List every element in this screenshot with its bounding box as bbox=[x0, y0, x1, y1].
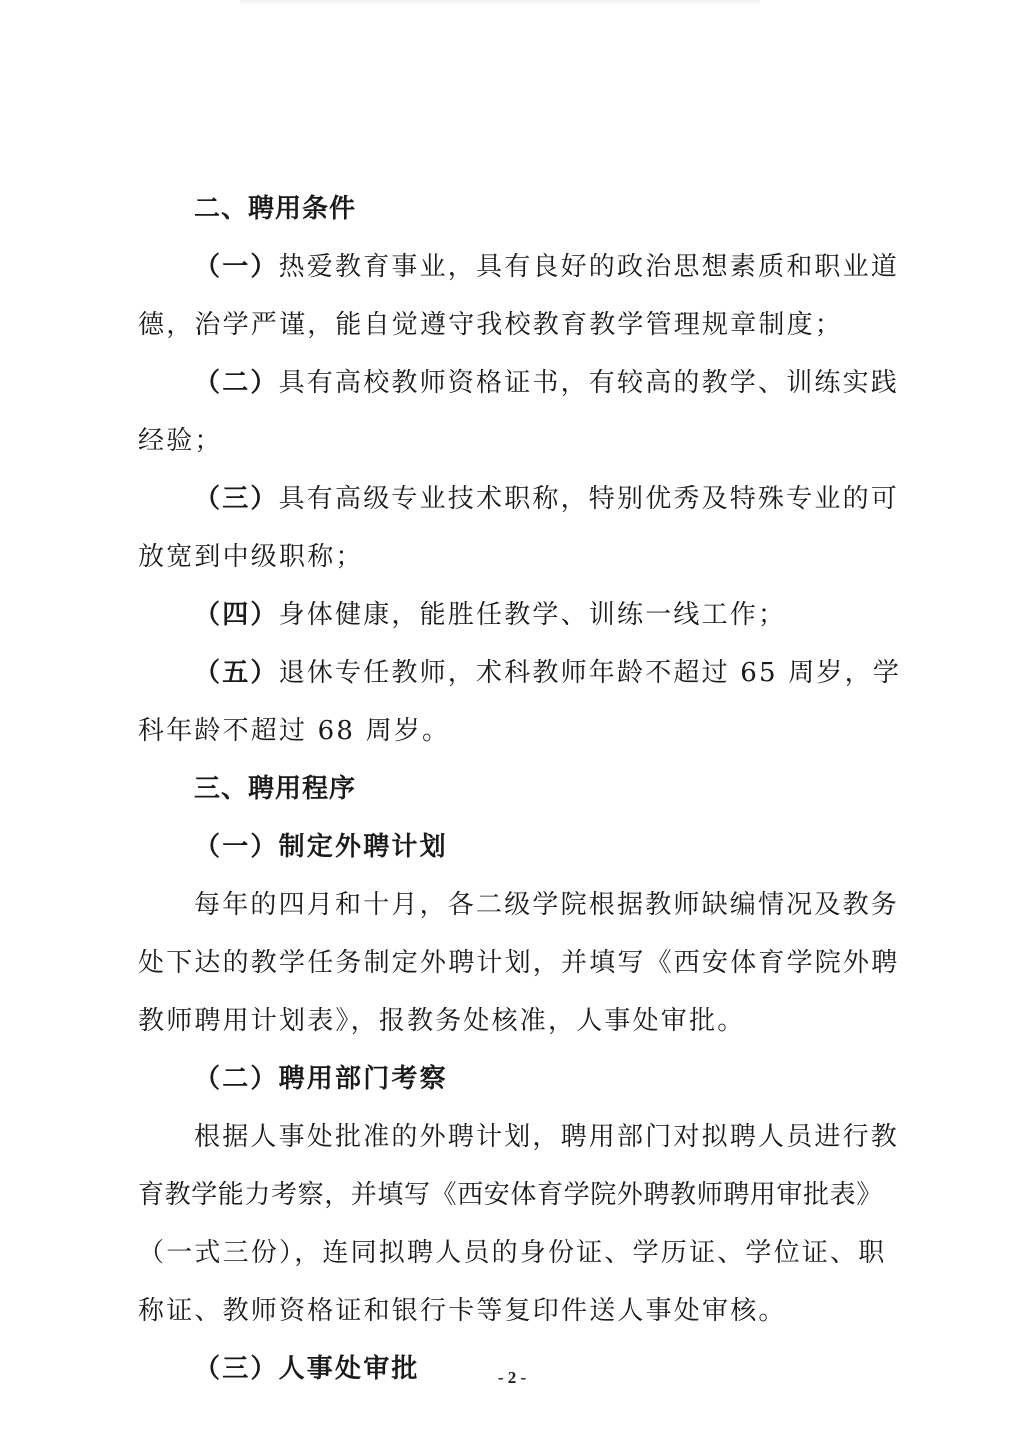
scan-edge-artifact bbox=[240, 0, 760, 6]
condition-item-1-cont: 德，治学严谨，能自觉遵守我校教育教学管理规章制度； bbox=[138, 296, 888, 354]
condition-item-2-cont: 经验； bbox=[138, 412, 888, 470]
page-number: - 2 - bbox=[0, 1368, 1024, 1388]
item-text: 热爱教育事业，具有良好的政治思想素质和职业道 bbox=[279, 252, 899, 282]
section-heading-procedure: 三、聘用程序 bbox=[138, 760, 944, 818]
item-text: 具有高校教师资格证书，有较高的教学、训练实践 bbox=[279, 368, 899, 398]
paragraph-line: 教师聘用计划表》，报教务处核准，人事处审批。 bbox=[138, 992, 888, 1050]
item-text: 身体健康，能胜任教学、训练一线工作； bbox=[279, 600, 787, 630]
condition-item-3: （三）具有高级专业技术职称，特别优秀及特殊专业的可 bbox=[138, 470, 944, 528]
condition-item-2: （二）具有高校教师资格证书，有较高的教学、训练实践 bbox=[138, 354, 944, 412]
subsection-title-review: （二）聘用部门考察 bbox=[138, 1050, 944, 1108]
item-label: （三） bbox=[194, 484, 279, 514]
item-text: 具有高级专业技术职称，特别优秀及特殊专业的可 bbox=[279, 484, 899, 514]
item-label: （五） bbox=[194, 658, 279, 688]
condition-item-5-cont: 科年龄不超过 68 周岁。 bbox=[138, 702, 888, 760]
paragraph-line: 称证、教师资格证和银行卡等复印件送人事处审核。 bbox=[138, 1282, 888, 1340]
condition-item-1: （一）热爱教育事业，具有良好的政治思想素质和职业道 bbox=[138, 238, 944, 296]
item-label: （一） bbox=[194, 252, 279, 282]
section-heading-conditions: 二、聘用条件 bbox=[138, 180, 944, 238]
subsection-title-plan: （一）制定外聘计划 bbox=[138, 818, 944, 876]
paragraph-line: 处下达的教学任务制定外聘计划，并填写《西安体育学院外聘 bbox=[138, 934, 888, 992]
condition-item-5: （五）退休专任教师，术科教师年龄不超过 65 周岁，学 bbox=[138, 644, 944, 702]
item-label: （四） bbox=[194, 600, 279, 630]
paragraph-line: 育教学能力考察，并填写《西安体育学院外聘教师聘用审批表》 bbox=[138, 1166, 888, 1224]
item-text: 退休专任教师，术科教师年龄不超过 65 周岁，学 bbox=[279, 658, 901, 688]
condition-item-4: （四）身体健康，能胜任教学、训练一线工作； bbox=[138, 586, 944, 644]
condition-item-3-cont: 放宽到中级职称； bbox=[138, 528, 888, 586]
paragraph-line: 每年的四月和十月，各二级学院根据教师缺编情况及教务 bbox=[138, 876, 944, 934]
paragraph-line: 根据人事处批准的外聘计划，聘用部门对拟聘人员进行教 bbox=[138, 1108, 944, 1166]
item-label: （二） bbox=[194, 368, 279, 398]
paragraph-line: （一式三份），连同拟聘人员的身份证、学历证、学位证、职 bbox=[138, 1224, 888, 1282]
